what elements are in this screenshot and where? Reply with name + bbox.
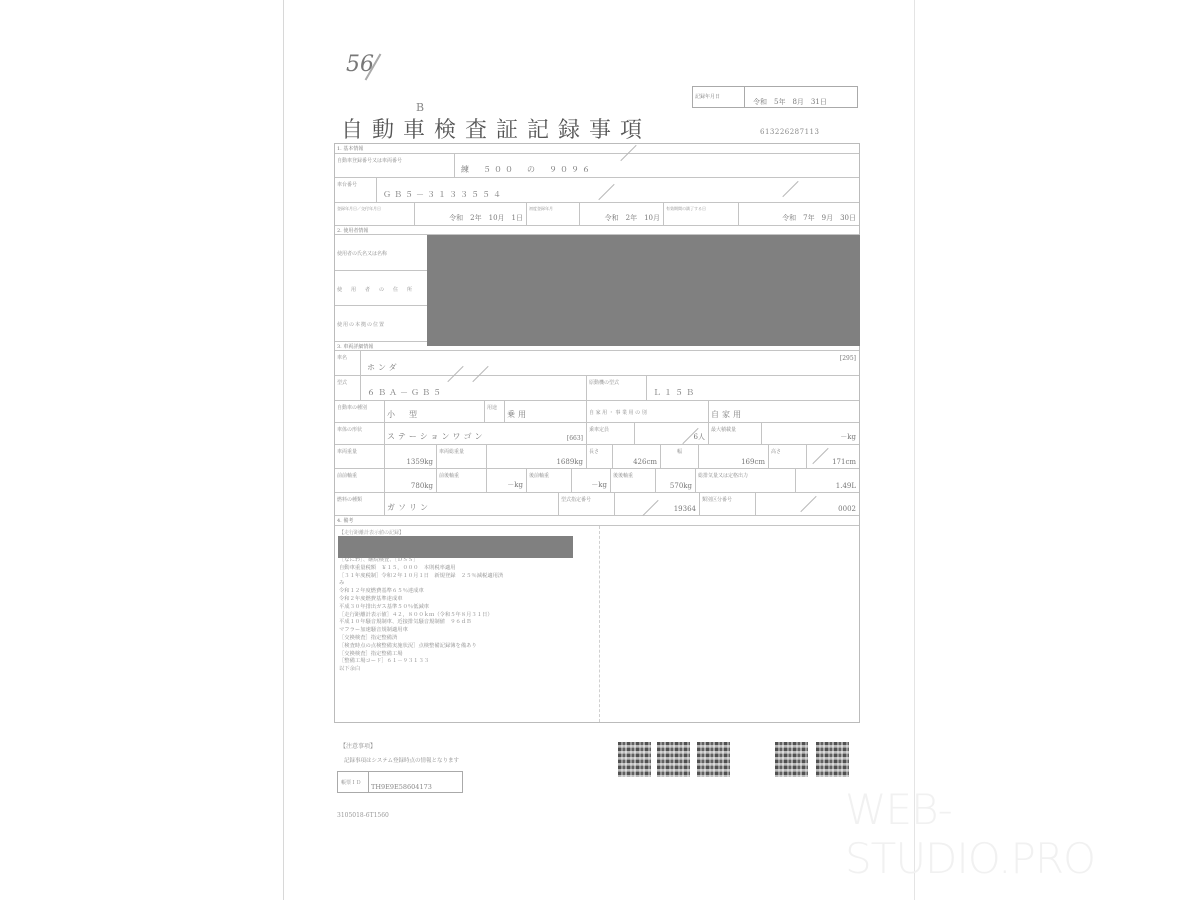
kind-label: 自動車の種別 [335, 401, 385, 422]
section-heading: 1. 基本情報 [335, 144, 365, 153]
record-date-box: 記録年月日 令和 5年 8月 31日 [692, 86, 858, 108]
capacity-cell: 6人 [635, 423, 709, 444]
body-cell: ステーションワゴン [663] [385, 423, 587, 444]
height-cell: 171cm [807, 445, 859, 468]
remarks-list: ［なにわ］、継続検査、［ＤＳＳ］自動車重量税額 ￥１５，０００ 本則税率適用［３… [339, 557, 597, 674]
type-cert-cell: 19364 [615, 493, 700, 515]
kind-cell: 小 型 [385, 401, 485, 422]
rr-axle-value: 570kg [670, 482, 692, 490]
remark-line: 以下余白 [339, 666, 597, 674]
gross-value: 1689kg [556, 458, 583, 466]
first-year-label: 初度登録年月 [527, 203, 580, 225]
max-load-value: －kg [840, 432, 856, 442]
remark-line: 平成３０年排出ガス基準５０％低減車 [339, 604, 597, 612]
remark-line: ［なにわ］、継続検査、［ＤＳＳ］ [339, 557, 597, 565]
registration-row: 自動車登録番号又は車両番号 練 ５００ の ９０９６ [335, 154, 859, 178]
make-code: [295] [840, 355, 856, 362]
gross-cell: 1689kg [487, 445, 587, 468]
section-user-heading-row: 2. 使用者情報 [335, 226, 859, 235]
displacement-value: 1.49L [836, 482, 856, 490]
record-date-value: 令和 5年 8月 31日 [745, 87, 857, 107]
fuel-row: 燃料の種類 ガソリン 型式指定番号 19364 類別区分番号 0002 [335, 493, 859, 516]
record-date-label: 記録年月日 [693, 87, 745, 107]
section-basic-heading-row: 1. 基本情報 [335, 144, 859, 154]
qr-code-5 [816, 742, 849, 777]
qr-code-3 [697, 742, 730, 777]
section-heading: 2. 使用者情報 [335, 226, 370, 234]
remarks-divider [599, 526, 600, 722]
height-value: 171cm [832, 458, 856, 466]
ff-axle-cell: 780kg [385, 469, 437, 492]
weight-cell: 1359kg [385, 445, 437, 468]
weight-value: 1359kg [406, 458, 433, 466]
rr-axle-cell: 570kg [656, 469, 696, 492]
qr-code-2 [657, 742, 690, 777]
make-value: ホンダ [367, 362, 400, 373]
section-heading: 3. 車両詳細情報 [335, 342, 375, 350]
remark-line: 自動車重量税額 ￥１５，０００ 本則税率適用 [339, 565, 597, 573]
gross-label: 車両総重量 [437, 445, 487, 468]
remark-line: ［整備工場コード］６１－９３１３３ [339, 658, 597, 666]
displacement-label: 総排気量又は定格出力 [696, 469, 796, 492]
user-address-label: 使 用 者 の 住 所 [335, 271, 427, 305]
engine-cell: Ｌ１５Ｂ [647, 376, 859, 400]
body-row: 車体の形状 ステーションワゴン [663] 乗車定員 6人 最大積載量 －kg [335, 423, 859, 445]
weight-label: 車両重量 [335, 445, 385, 468]
capacity-value: 6人 [694, 432, 705, 442]
kind-value: 小 型 [387, 409, 420, 420]
private-label: 自 家 用 ・ 事 業 用 の 別 [587, 401, 709, 422]
expiry-cell: 令和 7年 9月 30日 [739, 203, 859, 225]
use-label: 用途 [485, 401, 505, 422]
chassis-label: 車台番号 [335, 178, 377, 202]
make-cell: ホンダ [295] [361, 351, 859, 375]
width-label: 幅 [661, 445, 699, 468]
redacted-remarks [338, 536, 573, 558]
base-location-label: 使用の本拠の位置 [335, 306, 427, 341]
make-label: 車名 [335, 351, 361, 375]
form-id-box: 帳票ＩＤ TH9E9E58604173 [337, 771, 463, 793]
user-name-label: 使用者の氏名又は名称 [335, 235, 427, 270]
private-value: 自家用 [711, 409, 744, 420]
rf-axle-value: －kg [591, 480, 607, 490]
registration-value: 練 ５００ の ９０９６ [461, 164, 593, 175]
chassis-row: 車台番号 ＧＢ５－３１３３５５４ [335, 178, 859, 203]
ff-axle-label: 前前軸重 [335, 469, 385, 492]
first-reg-cell: 令和 2年 10月 1日 [415, 203, 527, 225]
document-title: 自動車検査証記録事項 [341, 113, 651, 144]
document-number: 613226287113 [760, 128, 819, 136]
remark-line: 令和２年度燃費基準達成車 [339, 596, 597, 604]
chassis-value: ＧＢ５－３１３３５５４ [383, 189, 504, 200]
remarks-subheading: 【走行距離計表示値の記録】 [339, 529, 404, 536]
watermark: WEB-STUDIO.PRO [845, 785, 1200, 883]
qr-code-4 [775, 742, 808, 777]
fr-axle-label: 前後軸重 [437, 469, 487, 492]
body-label: 車体の形状 [335, 423, 385, 444]
model-label: 型式 [335, 376, 361, 400]
use-cell: 乗用 [505, 401, 587, 422]
remark-line: 令和１２年度燃費基準６５％達成車 [339, 588, 597, 596]
section-heading: 4. 備考 [335, 516, 355, 525]
qr-code-1 [618, 742, 651, 777]
body-value: ステーションワゴン [387, 431, 486, 442]
section-remarks-heading-row: 4. 備考 [335, 516, 859, 526]
first-reg-label: 登録年月日／交付年月日 [335, 203, 415, 225]
notes-text: 記録事項はシステム登録時点の情報となります [344, 756, 459, 764]
remark-line: ［交換検査］指定整備済 [339, 635, 597, 643]
max-load-cell: －kg [762, 423, 859, 444]
expiry-label: 有効期間の満了する日 [664, 203, 739, 225]
expiry-value: 令和 7年 9月 30日 [782, 213, 856, 223]
length-cell: 426cm [613, 445, 661, 468]
page-right-edge [914, 0, 915, 900]
first-reg-value: 令和 2年 10月 1日 [449, 213, 523, 223]
type-cert-label: 型式指定番号 [559, 493, 615, 515]
form-id-value: TH9E9E58604173 [369, 772, 432, 792]
engine-label: 原動機の型式 [587, 376, 647, 400]
use-value: 乗用 [507, 409, 529, 420]
kind-row: 自動車の種別 小 型 用途 乗用 自 家 用 ・ 事 業 用 の 別 自家用 [335, 401, 859, 423]
registration-cell: 練 ５００ の ９０９６ [455, 154, 859, 177]
dimensions-row: 車両重量 1359kg 車両総重量 1689kg 長さ 426cm 幅 169c… [335, 445, 859, 469]
remark-line: 平成１０年騒音規制車、近接排気騒音規制値 ９６ｄＢ [339, 619, 597, 627]
registration-label: 自動車登録番号又は車両番号 [335, 154, 455, 177]
inspection-record-form: 1. 基本情報 自動車登録番号又は車両番号 練 ５００ の ９０９６ 車台番号 … [334, 143, 860, 723]
model-value: ６ＢＡ－ＧＢ５ [367, 387, 444, 398]
max-load-label: 最大積載量 [709, 423, 762, 444]
first-year-cell: 令和 2年 10月 [580, 203, 664, 225]
fuel-value: ガソリン [387, 502, 431, 513]
rr-axle-label: 後後軸重 [611, 469, 656, 492]
form-id-label: 帳票ＩＤ [338, 772, 369, 792]
displacement-cell: 1.49L [796, 469, 859, 492]
first-year-value: 令和 2年 10月 [605, 213, 660, 223]
remark-line: マフラー加速騒音規制適用車 [339, 627, 597, 635]
body-code: [663] [567, 435, 583, 442]
dates-row: 登録年月日／交付年月日 令和 2年 10月 1日 初度登録年月 令和 2年 10… [335, 203, 859, 226]
fr-axle-value: －kg [507, 480, 523, 490]
rf-axle-cell: －kg [572, 469, 611, 492]
fuel-cell: ガソリン [385, 493, 559, 515]
fr-axle-cell: －kg [487, 469, 527, 492]
section-vehicle-heading-row: 3. 車両詳細情報 [335, 342, 859, 351]
ff-axle-value: 780kg [411, 482, 433, 490]
height-label: 高さ [769, 445, 807, 468]
rf-axle-label: 後前軸重 [527, 469, 572, 492]
remark-line: ［検査時点の点検整備実施状況］点検整備記録簿を備あり [339, 643, 597, 651]
width-value: 169cm [741, 458, 765, 466]
fuel-label: 燃料の種類 [335, 493, 385, 515]
private-cell: 自家用 [709, 401, 859, 422]
capacity-label: 乗車定員 [587, 423, 635, 444]
remark-line: ［３１年度税制］令和２年１０月１日 新規登録 ２５％減税適用済 [339, 573, 597, 581]
category-label: 類別区分番号 [700, 493, 756, 515]
redacted-user-info [427, 235, 860, 346]
length-label: 長さ [587, 445, 613, 468]
make-row: 車名 ホンダ [295] [335, 351, 859, 376]
category-value: 0002 [838, 505, 856, 513]
engine-value: Ｌ１５Ｂ [653, 387, 697, 398]
notes-heading: 【注意事項】 [340, 741, 376, 750]
chassis-cell: ＧＢ５－３１３３５５４ [377, 178, 859, 202]
page-left-edge [283, 0, 284, 900]
width-cell: 169cm [699, 445, 769, 468]
model-row: 型式 ６ＢＡ－ＧＢ５ 原動機の型式 Ｌ１５Ｂ [335, 376, 859, 401]
type-cert-value: 19364 [674, 505, 696, 513]
length-value: 426cm [633, 458, 657, 466]
footer-code: 3105018-6T1560 [337, 812, 389, 819]
axle-row: 前前軸重 780kg 前後軸重 －kg 後前軸重 －kg 後後軸重 570kg … [335, 469, 859, 493]
